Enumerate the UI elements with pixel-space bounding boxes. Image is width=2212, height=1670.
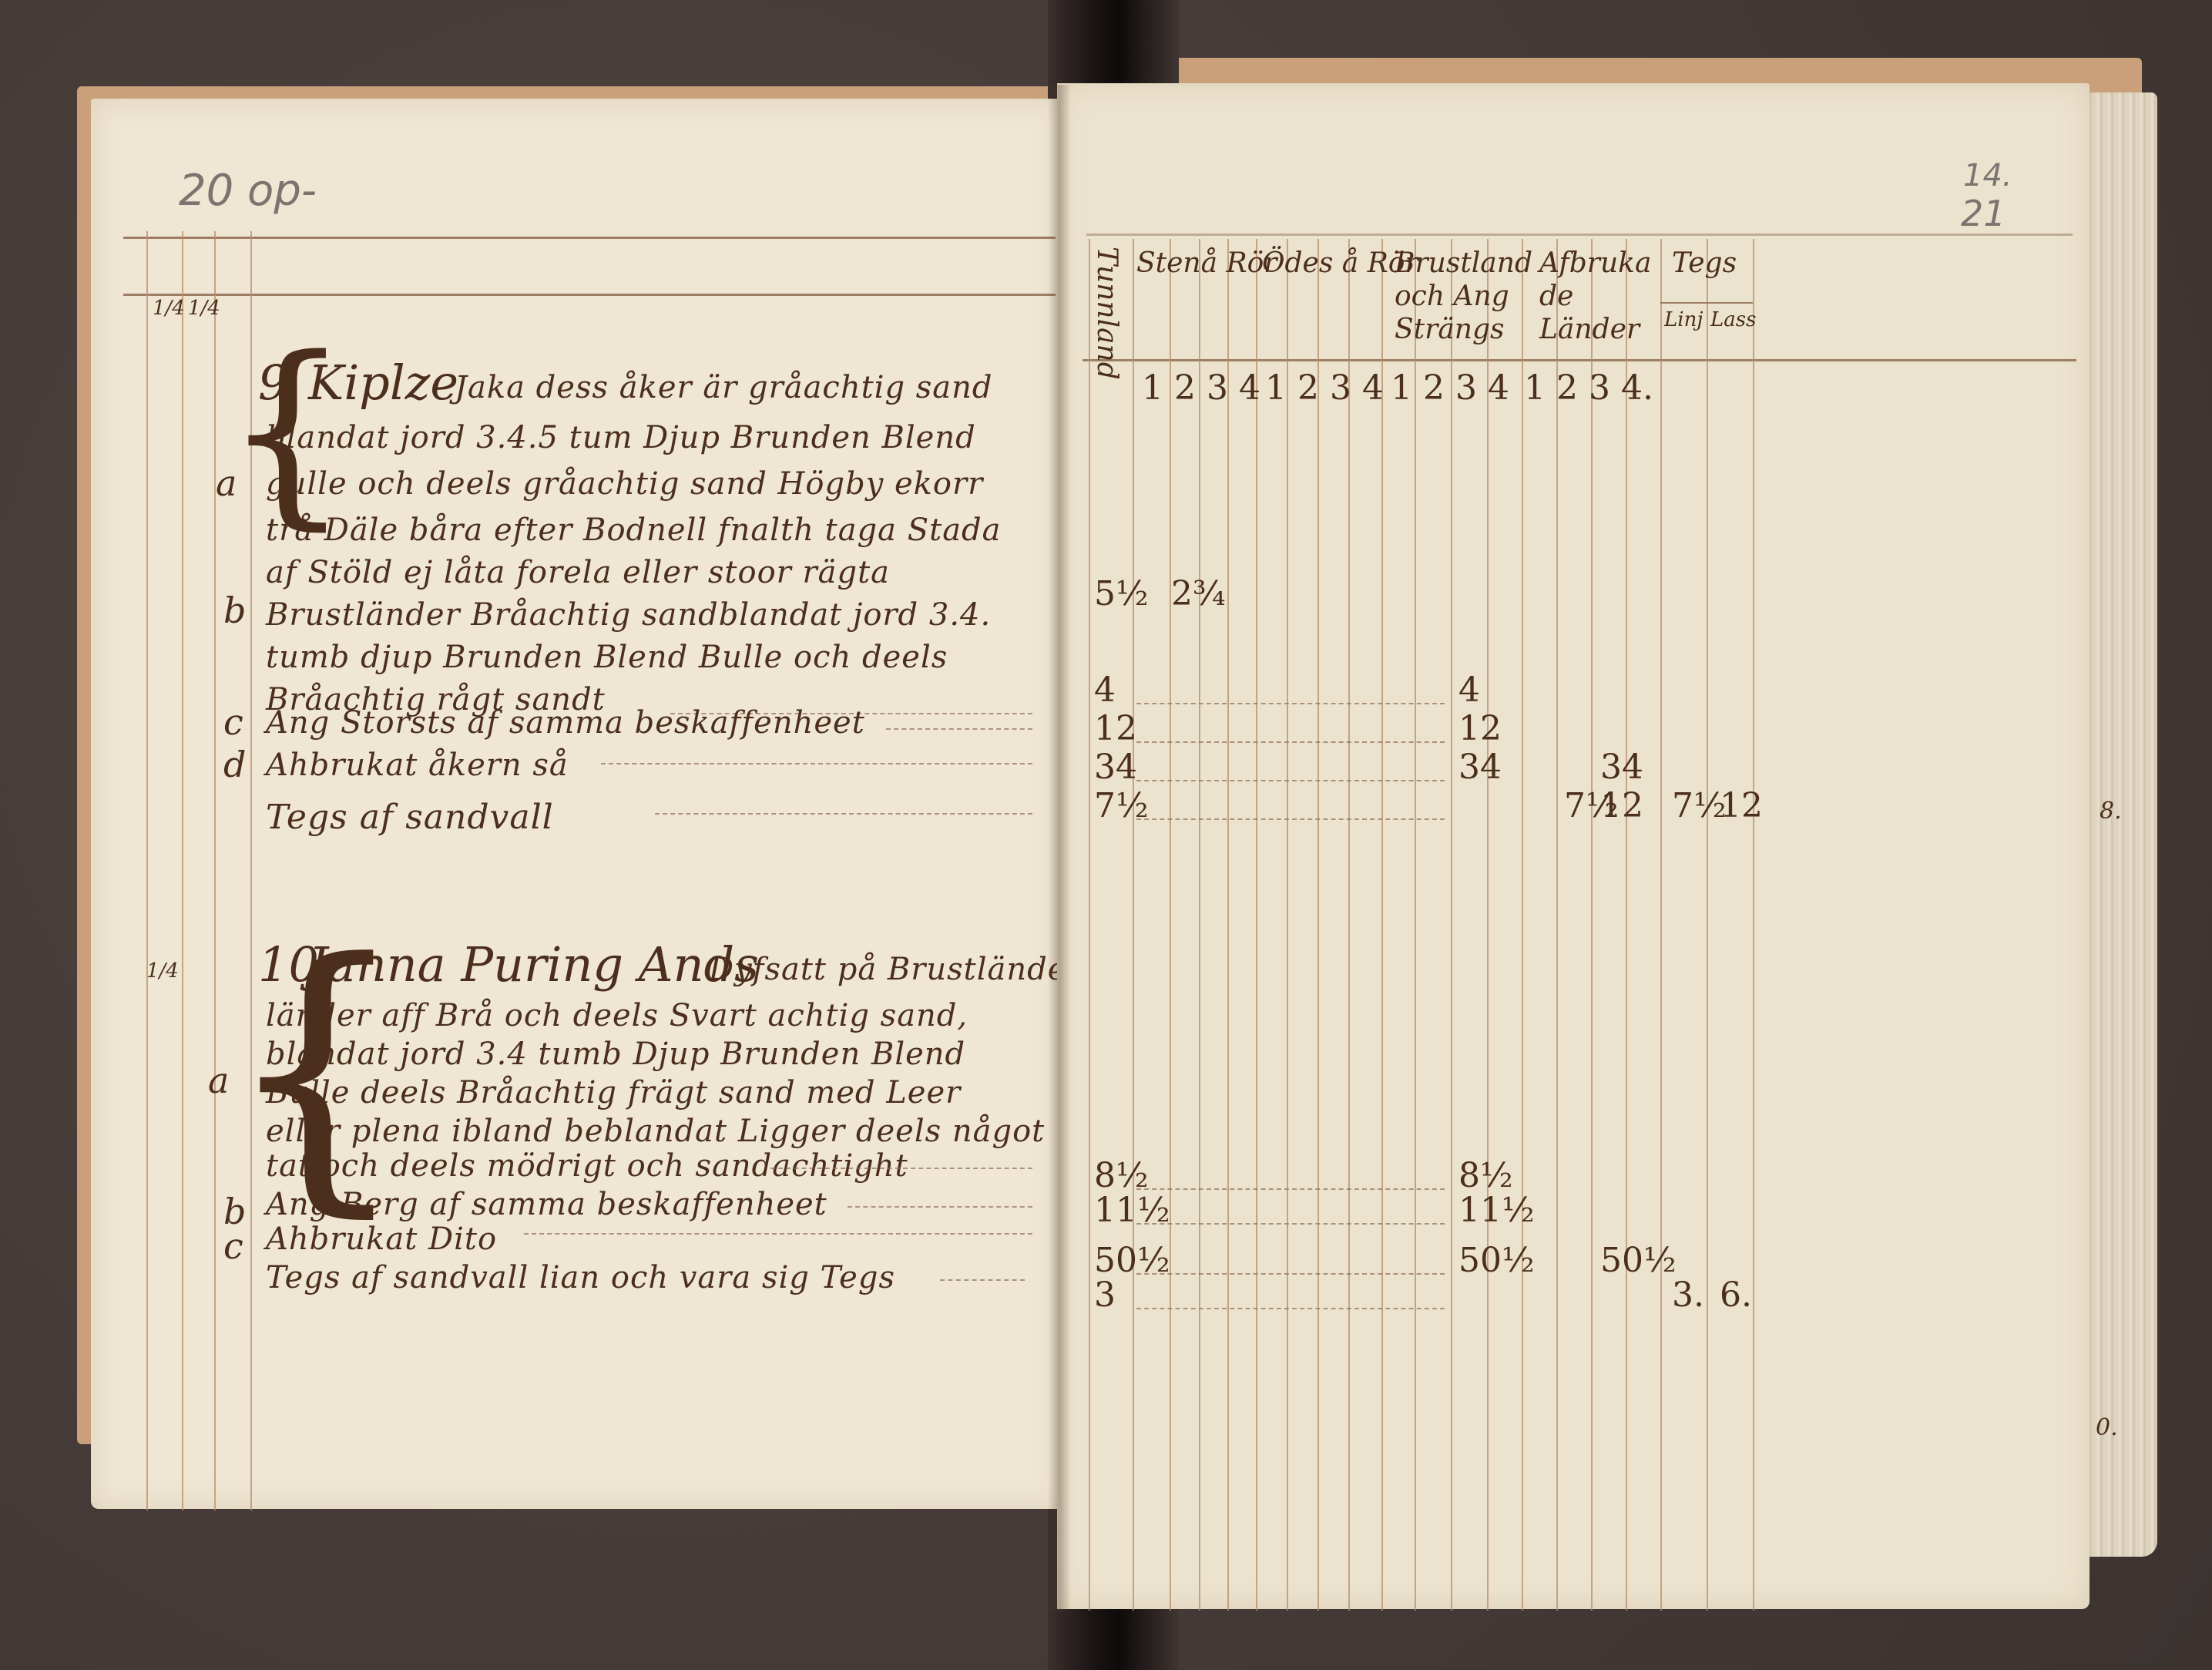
entry-text-line: blandat jord 3.4.5 tum Djup Brunden Blen… [266,420,976,455]
item-letter: b [223,590,246,631]
right-top-rule [1086,234,2073,236]
subcolumn-number: 2 [1556,368,1578,408]
subcolumn-number: 4 [1362,368,1384,408]
entry-text-line: Tegs af sandvall lian och vara sig Tegs [266,1260,895,1295]
tegs-subheader-rule [1660,302,1753,304]
cell-value: 12 [1458,709,1502,748]
column-rule [1626,239,1627,1611]
dash-leader [1136,741,1445,744]
entry-text-line: Tegs af sandvall [266,798,554,837]
dash-leader [524,1233,1032,1236]
dash-leader [601,763,1032,766]
column-header-tegs: Tegs [1672,247,1737,280]
tunnland-value: 5½ [1094,574,1149,613]
left-margin-rule-2 [182,231,183,1510]
subcolumn-number: 4. [1621,368,1653,408]
column-rule [1348,239,1350,1611]
dash-leader [848,1206,1032,1209]
pencil-note: 20 op- [179,166,317,216]
dash-leader [1136,818,1445,822]
subcolumn-number: 3 [1589,368,1610,408]
column-header-afbrukade: Afbruka de Länder [1539,247,1670,347]
tunnland-value: 4 [1094,670,1116,710]
margin-fraction: 1/4 [146,959,179,983]
entry-title: Janna Puring Ands [308,936,759,993]
cell-value: 7½ [1672,786,1727,825]
left-header-rule [123,237,1056,239]
subcolumn-number: 3 [1330,368,1351,408]
cell-value: 50½ [1458,1241,1535,1280]
column-rule [1591,239,1593,1611]
edge-mark: 8. [2100,798,2122,825]
entry-text-line: af Stöld ej låta forela eller stoor rägt… [266,555,890,590]
entry-text-line: blandat jord 3.4 tumb Djup Brunden Blend [266,1037,965,1072]
entry-title: Kiplze [308,354,458,411]
entry-text-line: länder aff Brå och deels Svart achtig sa… [266,998,968,1033]
margin-fraction: 1/4 [153,297,185,320]
cell-value: 6. [1720,1275,1752,1315]
left-header-rule-2 [123,294,1056,296]
left-margin-rule-1 [146,231,148,1510]
cell-value: 3. [1672,1275,1704,1315]
dash-leader [655,813,1032,816]
dash-leader [1136,1308,1445,1311]
column-rule [1089,239,1090,1611]
subcolumn-number: 1 [1391,368,1412,408]
pencil-folio: 21 [1961,193,2006,234]
item-letter: c [223,1225,243,1267]
dash-leader [1136,1273,1445,1276]
subcolumn-number: 3 [1207,368,1228,408]
entry-text-line: Dyfsatt på Brustländer [709,952,1083,987]
edge-mark: 0. [2096,1414,2118,1441]
column-rule [1199,239,1200,1611]
margin-fraction: 1/4 [188,297,220,320]
dash-leader [1136,780,1445,783]
column-rule [1451,239,1452,1611]
cell-value: 12 [1720,786,1763,825]
item-letter: c [223,701,243,743]
right-header-rule [1083,359,2076,361]
column-subheader-lass: Lass [1710,308,1756,331]
subcolumn-number: 1 [1524,368,1546,408]
subcolumn-number: 2 [1423,368,1445,408]
entry-text-line: Ang Storsts af samma beskaffenheet [266,705,865,741]
entry-text-line: Brustländer Bråachtig sandblandat jord 3… [266,597,991,633]
column-rule [1487,239,1489,1611]
entry-number: 9 [258,354,288,411]
subcolumn-number: 4 [1488,368,1509,408]
pencil-folio-top: 14. [1963,158,2012,193]
entry-text-line: trå Däle båra efter Bodnell fnalth taga … [266,512,1002,548]
column-rule [1287,239,1288,1611]
entry-text-line: Ahbrukat åkern så [266,748,569,783]
cell-value: 34 [1600,748,1643,787]
entry-text-line: tumb djup Brunden Blend Bulle och deels [266,640,948,675]
entry-text-line: Ahbrukat Dito [266,1221,497,1257]
left-margin-rule-3 [214,231,216,1510]
left-page [91,99,1063,1509]
dash-leader [886,728,1032,731]
tunnland-value: 12 [1094,709,1137,748]
column-rule [1660,239,1662,1611]
entry-text-line: Bulle deels Bråachtig frägt sand med Lee… [266,1075,961,1111]
entry-text-line: eller plena ibland beblandat Ligger deel… [266,1114,1116,1149]
dash-leader [1136,1188,1445,1191]
column-rule [1256,239,1257,1611]
cell-value: 11½ [1458,1191,1535,1230]
cell-value: 12 [1600,786,1643,825]
cell-value: 2¾ [1171,574,1226,613]
subcolumn-number: 1 [1265,368,1287,408]
subcolumn-number: 2 [1174,368,1196,408]
entry-text-line: gulle och deels gråachtig sand Högby eko… [266,466,983,502]
subcolumn-number: 2 [1297,368,1319,408]
dash-leader [1136,1223,1445,1226]
column-header-tunnland: Tunnland [1090,247,1123,362]
column-rule [1707,239,1708,1611]
item-letter: a [208,1060,229,1101]
column-rule [1381,239,1383,1611]
cell-value: 8½ [1458,1156,1513,1195]
column-rule [1227,239,1229,1611]
column-rule [1317,239,1319,1611]
tunnland-value: 3 [1094,1275,1116,1315]
cell-value: 34 [1458,748,1502,787]
dash-leader [1136,703,1445,706]
cell-value: 50½ [1600,1241,1677,1280]
column-subheader-linj: Linj [1664,308,1703,331]
entry-text-line: Ang Berg af samma beskaffenheet [266,1187,827,1222]
column-header-brustland: Brustland och Ang Strängs [1395,247,1541,347]
column-rule [1556,239,1558,1611]
dash-leader [770,1168,1032,1171]
item-letter: a [216,462,237,504]
dash-leader [940,1279,1025,1282]
column-rule [1753,239,1754,1611]
column-rule [1170,239,1171,1611]
column-rule [1133,239,1134,1611]
subcolumn-number: 3 [1455,368,1477,408]
subcolumn-number: 4 [1239,368,1260,408]
page-fold-shadow [1048,85,1071,1611]
column-rule [1415,239,1416,1611]
subcolumn-number: 1 [1142,368,1163,408]
item-letter: d [223,744,246,785]
tunnland-value: 34 [1094,748,1137,787]
entry-text-line: tat och deels mödrigt och sandachtight [266,1148,908,1184]
column-rule [1522,239,1523,1611]
cell-value: 4 [1458,670,1480,710]
entry-text-line: Jaka dess åker är gråachtig sand [455,370,993,405]
